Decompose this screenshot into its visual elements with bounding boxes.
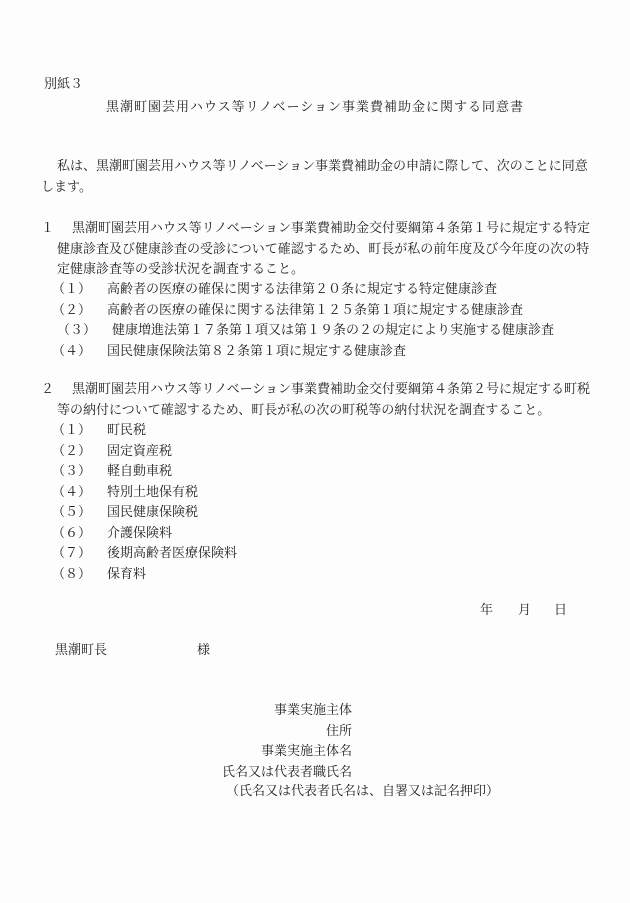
intro-line: 私は、黒潮町園芸用ハウス等リノベーション事業費補助金の申請に際して、次のことに同… <box>41 157 601 178</box>
item-text: 介護保険料 <box>107 526 172 541</box>
list-item: （３）健康増進法第１７条第１項又は第１９条の２の規定により実施する健康診査 <box>57 321 612 342</box>
list-item: （１）高齢者の医療の確保に関する法律第２０条に規定する特定健康診査 <box>52 280 612 301</box>
list-item: （３）軽自動車税 <box>52 462 612 483</box>
section-2: ２黒潮町園芸用ハウス等リノベーション事業費補助金交付要綱第４条第２号に規定する町… <box>41 380 601 421</box>
signature-note: （氏名又は代表者氏名は、自署又は記名押印） <box>226 782 499 803</box>
item-text: 軽自動車税 <box>107 464 172 479</box>
item-marker: （８） <box>52 565 107 586</box>
list-item: （６）介護保険料 <box>52 524 612 545</box>
item-marker: （６） <box>52 524 107 545</box>
day-label: 日 <box>554 601 567 622</box>
item-marker: （５） <box>52 503 107 524</box>
item-marker: （７） <box>52 544 107 565</box>
list-item: （８）保育料 <box>52 565 612 586</box>
item-text: 町民税 <box>107 423 146 438</box>
honorific-label: 様 <box>197 643 210 658</box>
signature-label: 事業実施主体 <box>222 701 352 722</box>
item-marker: （１） <box>52 280 107 301</box>
item-text: 高齢者の医療の確保に関する法律第２０条に規定する特定健康診査 <box>107 282 497 297</box>
list-item: （４）特別土地保有税 <box>52 483 612 504</box>
signature-label: 住所 <box>222 722 352 743</box>
section-1-heading-line: １黒潮町園芸用ハウス等リノベーション事業費補助金交付要綱第４条第１号に規定する特… <box>41 219 601 240</box>
item-marker: （１） <box>52 421 107 442</box>
section-1-text-line: 健康診査及び健康診査の受診について確認するため、町長が私の前年度及び今年度の次の… <box>41 240 601 261</box>
item-marker: （２） <box>52 301 107 322</box>
section-2-number: ２ <box>41 380 72 401</box>
item-marker: （４） <box>52 342 107 363</box>
document-title: 黒潮町園芸用ハウス等リノベーション事業費補助金に関する同意書 <box>0 98 630 119</box>
intro-line: します。 <box>41 178 601 199</box>
item-text: 国民健康保険法第８２条第１項に規定する健康診査 <box>107 344 406 359</box>
list-item: （４）国民健康保険法第８２条第１項に規定する健康診査 <box>52 342 612 363</box>
item-marker: （３） <box>52 462 107 483</box>
list-item: （２）固定資産税 <box>52 442 612 463</box>
section-1-number: １ <box>41 219 72 240</box>
item-text: 後期高齢者医療保険料 <box>107 546 237 561</box>
consent-form-page: 別紙３ 黒潮町園芸用ハウス等リノベーション事業費補助金に関する同意書 私は、黒潮… <box>0 0 630 903</box>
list-item: （１）町民税 <box>52 421 612 442</box>
section-1-text: 黒潮町園芸用ハウス等リノベーション事業費補助金交付要綱第４条第１号に規定する特定 <box>72 221 590 236</box>
item-marker: （４） <box>52 483 107 504</box>
date-line: 年 月 日 <box>0 601 630 622</box>
item-text: 国民健康保険税 <box>107 505 198 520</box>
signature-block: 事業実施主体 住所 事業実施主体名 氏名又は代表者職氏名 <box>222 701 352 783</box>
attachment-label: 別紙３ <box>44 75 83 96</box>
signature-label: 氏名又は代表者職氏名 <box>222 763 352 784</box>
item-text: 健康増進法第１７条第１項又は第１９条の２の規定により実施する健康診査 <box>112 323 554 338</box>
month-label: 月 <box>518 601 531 622</box>
list-item: （２）高齢者の医療の確保に関する法律第１２５条第１項に規定する健康診査 <box>52 301 612 322</box>
section-2-items: （１）町民税 （２）固定資産税 （３）軽自動車税 （４）特別土地保有税 （５）国… <box>52 421 612 585</box>
item-text: 特別土地保有税 <box>107 485 198 500</box>
list-item: （７）後期高齢者医療保険料 <box>52 544 612 565</box>
item-text: 固定資産税 <box>107 444 172 459</box>
section-1-text-line: 定健康診査等の受診状況を調査すること。 <box>41 260 601 281</box>
list-item: （５）国民健康保険税 <box>52 503 612 524</box>
recipient-name: 黒潮町長 <box>55 643 107 658</box>
section-2-heading-line: ２黒潮町園芸用ハウス等リノベーション事業費補助金交付要綱第４条第２号に規定する町… <box>41 380 601 401</box>
year-label: 年 <box>480 601 493 622</box>
addressee-line: 黒潮町長様 <box>55 641 210 662</box>
item-marker: （２） <box>52 442 107 463</box>
section-1: １黒潮町園芸用ハウス等リノベーション事業費補助金交付要綱第４条第１号に規定する特… <box>41 219 601 281</box>
intro-paragraph: 私は、黒潮町園芸用ハウス等リノベーション事業費補助金の申請に際して、次のことに同… <box>41 157 601 198</box>
item-text: 保育料 <box>107 567 146 582</box>
item-text: 高齢者の医療の確保に関する法律第１２５条第１項に規定する健康診査 <box>107 303 523 318</box>
section-2-text: 黒潮町園芸用ハウス等リノベーション事業費補助金交付要綱第４条第２号に規定する町税 <box>72 382 590 397</box>
signature-label: 事業実施主体名 <box>222 742 352 763</box>
item-marker: （３） <box>57 321 112 342</box>
section-1-items: （１）高齢者の医療の確保に関する法律第２０条に規定する特定健康診査 （２）高齢者… <box>52 280 612 362</box>
section-2-text-line: 等の納付について確認するため、町長が私の次の町税等の納付状況を調査すること。 <box>41 401 601 422</box>
